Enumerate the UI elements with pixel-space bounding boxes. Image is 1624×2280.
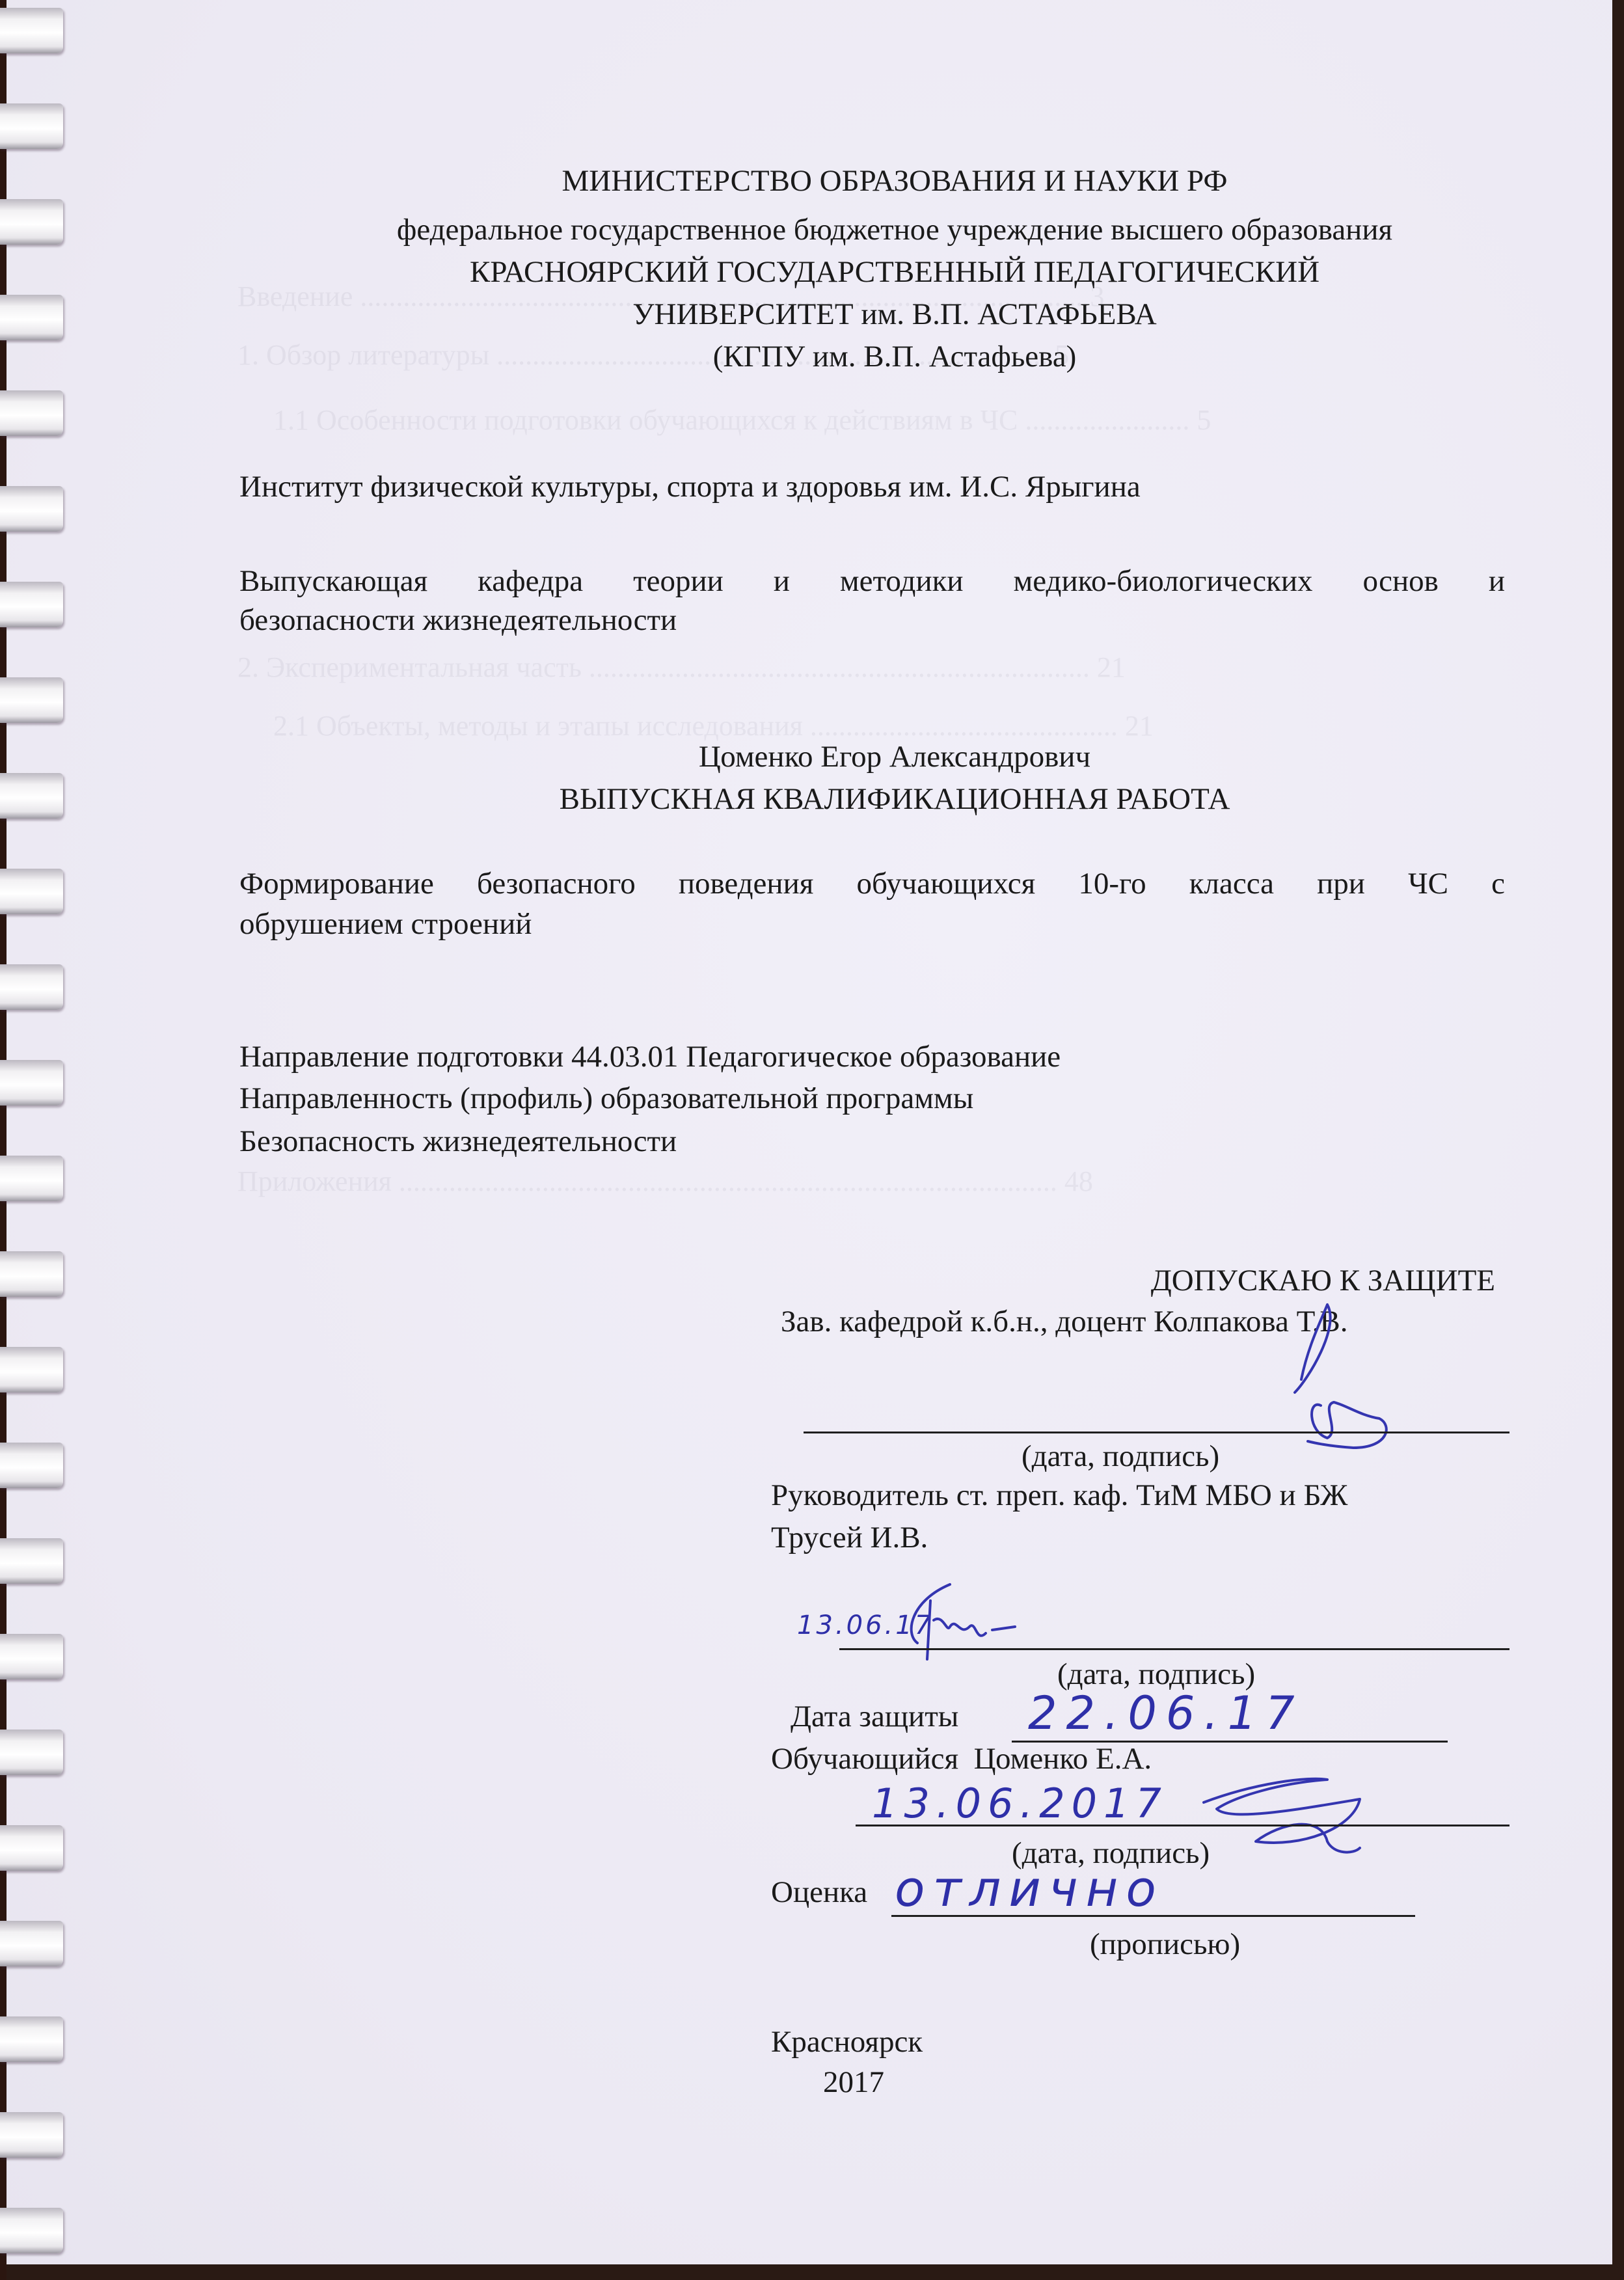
head-of-department-signature <box>1282 1301 1412 1451</box>
binding-ring <box>0 390 63 436</box>
binding-ring <box>0 677 63 723</box>
document-page: Введение ...............................… <box>0 0 1612 2264</box>
student-signature <box>1204 1776 1373 1854</box>
program-direction: Направление подготовки 44.03.01 Педагоги… <box>239 1038 1061 1075</box>
binding-ring <box>0 1156 63 1201</box>
student-label: Обучающийся Цоменко Е.А. <box>771 1741 1152 1777</box>
binding-ring <box>0 1634 63 1679</box>
supervisor-signature-line <box>839 1648 1509 1650</box>
defense-handwritten-date: 22.06.17 <box>1028 1687 1304 1740</box>
binding-ring <box>0 1730 63 1775</box>
department-line1: Выпускающая кафедра теории и методики ме… <box>239 563 1505 599</box>
approval-heading: ДОПУСКАЮ К ЗАЩИТЕ <box>1151 1262 1495 1299</box>
binding-ring <box>0 1060 63 1106</box>
binding-ring <box>0 773 63 819</box>
program-profile-label: Направленность (профиль) образовательной… <box>239 1080 973 1117</box>
student-signature-line <box>856 1825 1509 1826</box>
defense-date-label: Дата защиты <box>791 1698 958 1735</box>
bleed-through-text: 2.1 Объекты, методы и этапы исследования… <box>273 709 1154 742</box>
university-name-line2: УНИВЕРСИТЕТ им. В.П. АСТАФЬЕВА <box>195 296 1594 332</box>
binding-ring <box>0 869 63 914</box>
head-signature-caption: (дата, подпись) <box>1022 1438 1219 1474</box>
grade-label: Оценка <box>771 1874 867 1910</box>
binding-ring <box>0 1251 63 1297</box>
department-line2: безопасности жизнедеятельности <box>239 602 677 638</box>
institute-name: Институт физической культуры, спорта и з… <box>239 468 1141 505</box>
year: 2017 <box>823 2064 884 2100</box>
binding-ring <box>0 199 63 245</box>
bleed-through-text: 2. Экспериментальная часть .............… <box>237 651 1126 684</box>
ministry-heading: МИНИСТЕРСТВО ОБРАЗОВАНИЯ И НАУКИ РФ <box>195 163 1594 199</box>
binding-ring <box>0 1538 63 1584</box>
supervisor-signature <box>872 1581 1028 1672</box>
grade-line <box>891 1915 1415 1917</box>
program-profile-value: Безопасность жизнедеятельности <box>239 1123 677 1160</box>
university-abbreviation: (КГПУ им. В.П. Астафьева) <box>195 338 1594 375</box>
binding-ring <box>0 1443 63 1488</box>
author-name: Цоменко Егор Александрович <box>195 739 1594 775</box>
bleed-through-text: Приложения .............................… <box>237 1165 1093 1198</box>
binding-ring <box>0 2112 63 2158</box>
city: Красноярск <box>771 2024 923 2060</box>
university-name-line1: КРАСНОЯРСКИЙ ГОСУДАРСТВЕННЫЙ ПЕДАГОГИЧЕС… <box>195 254 1594 290</box>
institution-type: федеральное государственное бюджетное уч… <box>195 211 1594 248</box>
supervisor-role: Руководитель ст. преп. каф. ТиМ МБО и БЖ <box>771 1477 1347 1513</box>
binding-ring <box>0 2016 63 2062</box>
work-type: ВЫПУСКНАЯ КВАЛИФИКАЦИОННАЯ РАБОТА <box>195 781 1594 817</box>
binding-ring <box>0 2208 63 2253</box>
head-of-department: Зав. кафедрой к.б.н., доцент Колпакова Т… <box>781 1303 1347 1340</box>
student-handwritten-date: 13.06.2017 <box>872 1780 1168 1827</box>
supervisor-name: Трусей И.В. <box>771 1519 928 1556</box>
binding-ring <box>0 8 63 53</box>
binding-ring <box>0 295 63 340</box>
head-signature-line <box>804 1432 1509 1433</box>
grade-handwritten-value: отлично <box>895 1860 1164 1918</box>
thesis-title-line1: Формирование безопасного поведения обуча… <box>239 865 1505 902</box>
binding-ring <box>0 486 63 532</box>
grade-caption: (прописью) <box>1090 1926 1240 1962</box>
binding-ring <box>0 582 63 627</box>
binding-ring <box>0 964 63 1010</box>
binding-ring <box>0 1921 63 1966</box>
bleed-through-text: 1.1 Особенности подготовки обучающихся к… <box>273 403 1211 437</box>
binding-ring <box>0 103 63 149</box>
thesis-title-line2: обрушением строений <box>239 906 532 942</box>
binding-ring <box>0 1825 63 1871</box>
binding-ring <box>0 1347 63 1392</box>
